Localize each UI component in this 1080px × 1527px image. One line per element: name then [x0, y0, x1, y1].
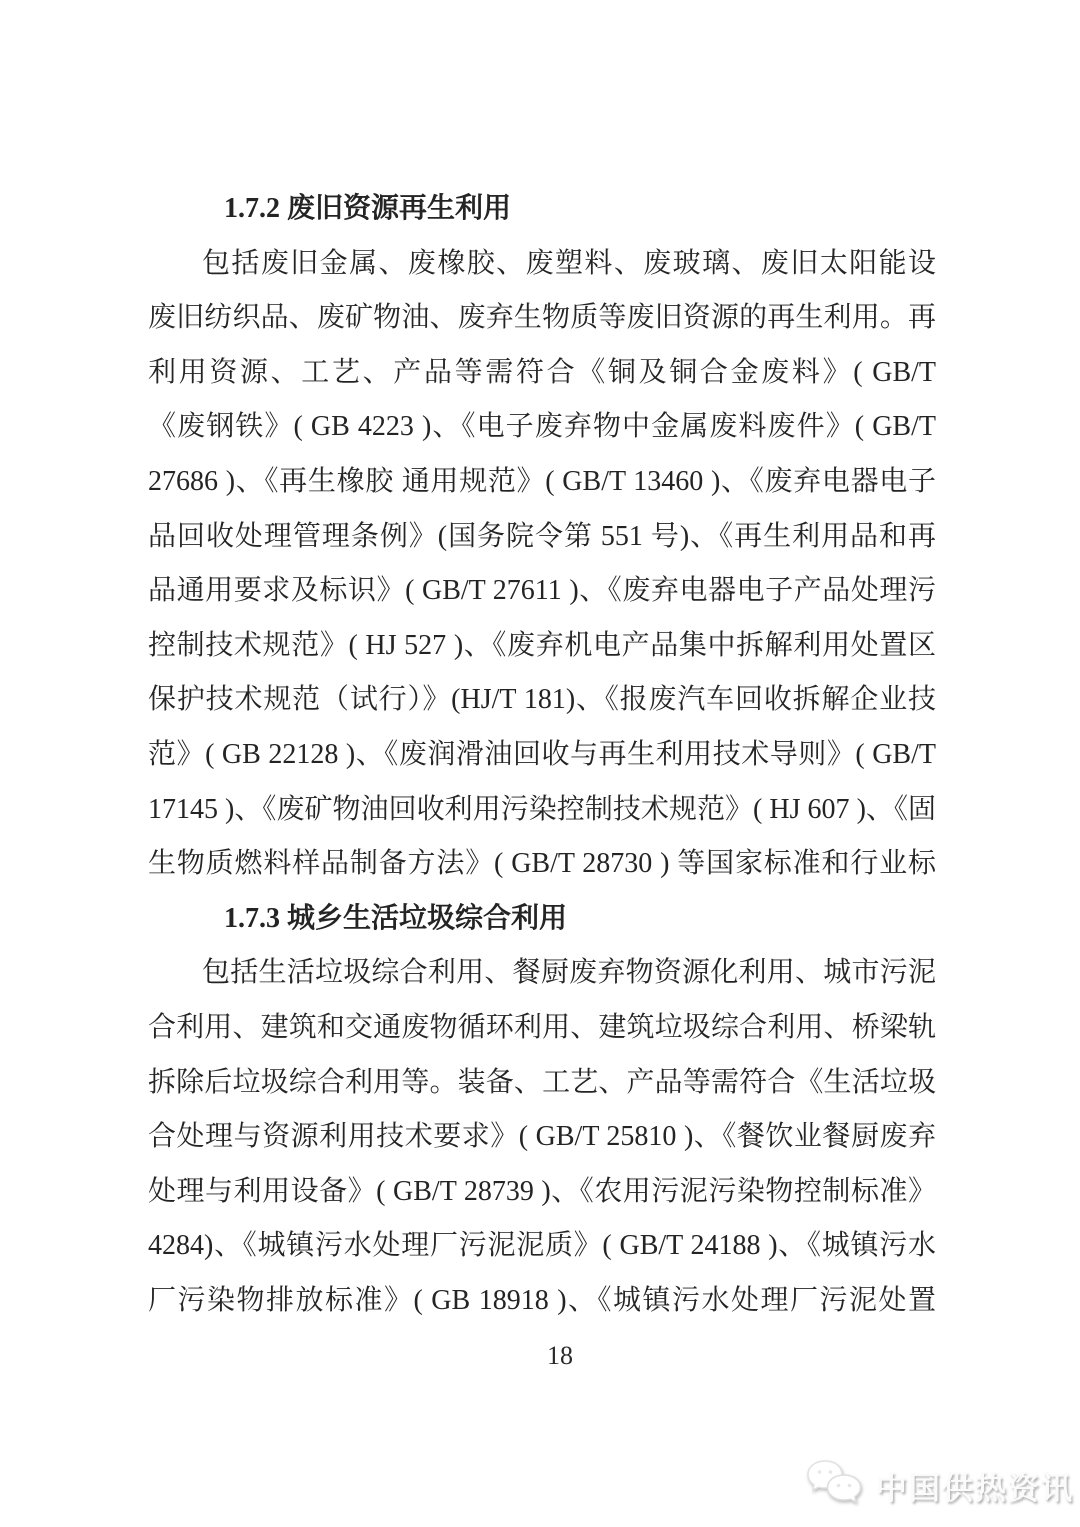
document-body: 1.7.2 废旧资源再生利用 包括废旧金属、废橡胶、废塑料、废玻璃、废旧太阳能设…	[148, 182, 936, 1328]
wechat-chat-bubbles-icon	[804, 1457, 866, 1513]
text-line: 利用资源、工艺、产品等需符合《铜及铜合金废料》( GB/T 13587 )、	[148, 346, 936, 401]
text-line: 生物质燃料样品制备方法》( GB/T 28730 ) 等国家标准和行业标准。	[148, 837, 936, 892]
watermark-text: 中国供热资讯	[876, 1463, 1074, 1508]
text-line: 处理与利用设备》( GB/T 28739 )、《农用污泥污染物控制标准》(GB	[148, 1165, 936, 1220]
text-line: 品通用要求及标识》( GB/T 27611 )、《废弃电器电子产品处理污染	[148, 564, 936, 619]
text-line: 包括废旧金属、废橡胶、废塑料、废玻璃、废旧太阳能设备、	[148, 237, 936, 292]
page-number: 18	[0, 1329, 1080, 1383]
text-line: 品回收处理管理条例》(国务院令第 551 号)、《再生利用品和再制造	[148, 510, 936, 565]
text-line: 范》( GB 22128 )、《废润滑油回收与再生利用技术导则》( GB/T	[148, 728, 936, 783]
text-line: 包括生活垃圾综合利用、餐厨废弃物资源化利用、城市污泥综	[148, 946, 936, 1001]
text-line: 控制技术规范》( HJ 527 )、《废弃机电产品集中拆解利用处置区环境	[148, 619, 936, 674]
text-line: 合处理与资源利用技术要求》( GB/T 25810 )、《餐饮业餐厨废弃物	[148, 1110, 936, 1165]
text-line: 合利用、建筑和交通废物循环利用、建筑垃圾综合利用、桥梁轨道	[148, 1001, 936, 1056]
text-line: 4284)、《城镇污水处理厂污泥泥质》( GB/T 24188 )、《城镇污水处…	[148, 1219, 936, 1274]
section-heading-172: 1.7.2 废旧资源再生利用	[148, 182, 936, 237]
text-line: 废旧纺织品、废矿物油、废弃生物质等废旧资源的再生利用。再生	[148, 291, 936, 346]
watermark: 中国供热资讯	[804, 1457, 1074, 1513]
text-line: 保护技术规范（试行）》(HJ/T 181)、《报废汽车回收拆解企业技术规	[148, 673, 936, 728]
text-line: 《废钢铁》( GB 4223 )、《电子废弃物中金属废料废件》( GB/T	[148, 400, 936, 455]
text-line: 17145 )、《废矿物油回收利用污染控制技术规范》( HJ 607 )、《固体	[148, 783, 936, 838]
document-page: 1.7.2 废旧资源再生利用 包括废旧金属、废橡胶、废塑料、废玻璃、废旧太阳能设…	[0, 0, 1080, 1527]
section-heading-173: 1.7.3 城乡生活垃圾综合利用	[148, 892, 936, 947]
text-line: 厂污染物排放标准》( GB 18918 )、《城镇污水处理厂污泥处置 混合	[148, 1274, 936, 1329]
text-line: 拆除后垃圾综合利用等。装备、工艺、产品等需符合《生活垃圾综	[148, 1056, 936, 1111]
text-line: 27686 )、《再生橡胶 通用规范》( GB/T 13460 )、《废弃电器电…	[148, 455, 936, 510]
